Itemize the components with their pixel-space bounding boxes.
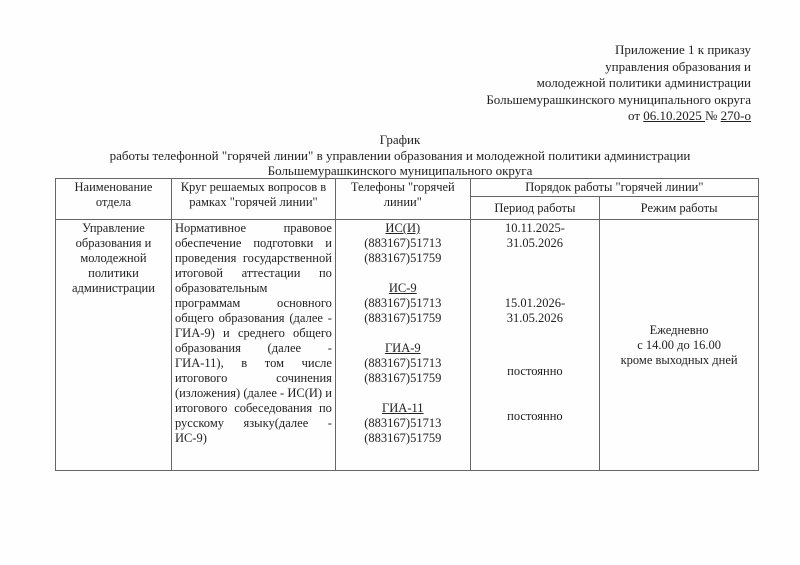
order-number: 270-о (721, 108, 751, 123)
header-order: Порядок работы "горячей линии" (470, 179, 758, 197)
phone-number[interactable]: (883167)51759 (339, 431, 467, 446)
header-dept: Наименование отдела (56, 179, 172, 220)
phone-group-is-9: ИС-9 (883167)51713 (883167)51759 (339, 281, 467, 326)
phone-group-label: ИС(И) (339, 221, 467, 236)
phone-group-label: ГИА-9 (339, 341, 467, 356)
phone-group-gia-9: ГИА-9 (883167)51713 (883167)51759 (339, 341, 467, 386)
table-row: Управление образования и молодежной поли… (56, 220, 759, 471)
cell-mode: Ежедневно с 14.00 до 16.00 кроме выходны… (600, 220, 759, 471)
header-scope: Круг решаемых вопросов в рамках "горячей… (171, 179, 335, 220)
period-is-i: 10.11.2025-31.05.2026 (474, 221, 597, 296)
header-phones: Телефоны "горячей линии" (335, 179, 470, 220)
phone-number[interactable]: (883167)51713 (339, 416, 467, 431)
approval-stamp: Приложение 1 к приказу управления образо… (486, 42, 751, 125)
cell-dept: Управление образования и молодежной поли… (56, 220, 172, 471)
phone-group-label: ГИА-11 (339, 401, 467, 416)
phone-number[interactable]: (883167)51713 (339, 236, 467, 251)
cell-scope: Нормативное правовое обеспечение подгото… (171, 220, 335, 471)
title-line: работы телефонной "горячей линии" в упра… (0, 148, 800, 164)
phone-number[interactable]: (883167)51759 (339, 251, 467, 266)
schedule-table: Наименование отдела Круг решаемых вопрос… (55, 178, 759, 471)
title-heading: График (0, 132, 800, 148)
cell-periods: 10.11.2025-31.05.2026 15.01.2026-31.05.2… (470, 220, 600, 471)
phone-group-gia-11: ГИА-11 (883167)51713 (883167)51759 (339, 401, 467, 446)
phone-number[interactable]: (883167)51713 (339, 296, 467, 311)
approval-line: управления образования и (486, 59, 751, 76)
mode-line: Ежедневно (603, 323, 755, 338)
approval-order-ref: от 06.10.2025 № 270-о (486, 108, 751, 125)
approval-line: Большемурашкинского муниципального округ… (486, 92, 751, 109)
period-is-9: 15.01.2026-31.05.2026 (474, 296, 597, 364)
phone-group-label: ИС-9 (339, 281, 467, 296)
header-period: Период работы (470, 197, 600, 220)
phone-group-is-i: ИС(И) (883167)51713 (883167)51759 (339, 221, 467, 266)
phone-number[interactable]: (883167)51759 (339, 311, 467, 326)
cell-phones: ИС(И) (883167)51713 (883167)51759 ИС-9 (… (335, 220, 470, 471)
document-title: График работы телефонной "горячей линии"… (0, 132, 800, 179)
order-date: 06.10.2025 (643, 108, 705, 123)
order-number-sign: № (705, 108, 717, 123)
phone-number[interactable]: (883167)51713 (339, 356, 467, 371)
order-prefix: от (628, 108, 640, 123)
header-mode: Режим работы (600, 197, 759, 220)
approval-line: Приложение 1 к приказу (486, 42, 751, 59)
header-row: Наименование отдела Круг решаемых вопрос… (56, 179, 759, 197)
phone-number[interactable]: (883167)51759 (339, 371, 467, 386)
title-line: Большемурашкинского муниципального округ… (0, 163, 800, 179)
period-gia-11: постоянно (474, 409, 597, 469)
period-gia-9: постоянно (474, 364, 597, 409)
approval-line: молодежной политики администрации (486, 75, 751, 92)
mode-line: с 14.00 до 16.00 (603, 338, 755, 353)
mode-line: кроме выходных дней (603, 353, 755, 368)
